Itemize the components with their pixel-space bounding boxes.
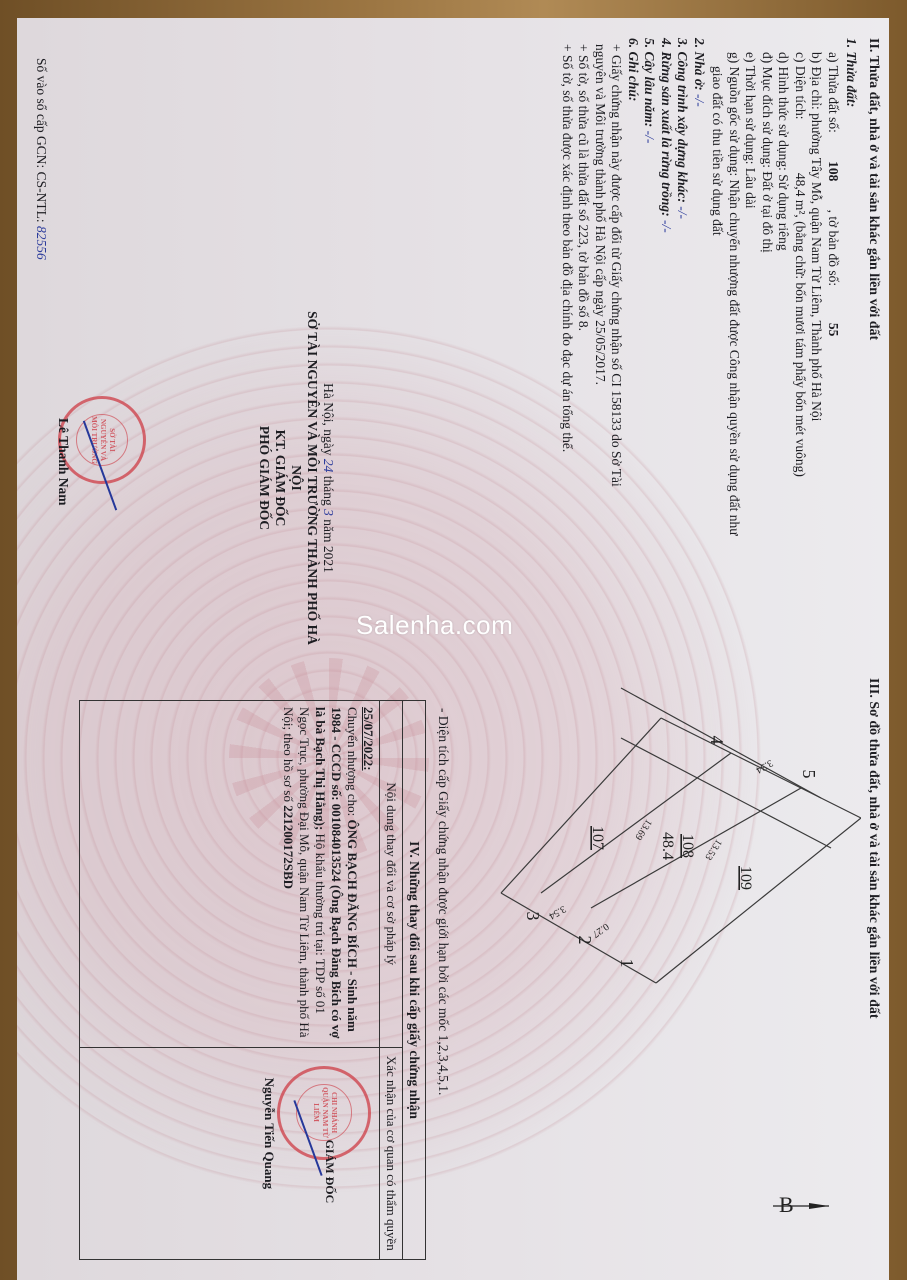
svg-text:48.4: 48.4 [659, 832, 676, 860]
plot-diagram: 123450.273.5413.693.3413.5310910848.4107… [441, 678, 861, 1268]
svg-text:107: 107 [589, 826, 606, 850]
area-value: 48,4 m², (bằng chữ: bốn mươi tám phẩy bố… [793, 123, 808, 477]
production-forest-row: 4. Rừng sản xuất là rừng trồng: -/- [658, 38, 675, 658]
entry-dossier-number: 221200172SBD [281, 805, 296, 889]
map-sheet-number: 55 [825, 290, 842, 370]
note-item: + Số tờ, số thửa cũ là thửa đất số 223, … [575, 38, 592, 658]
on-behalf-of: KT. GIÁM ĐỐC [272, 298, 288, 658]
section-land-and-assets: II. Thửa đất, nhà ở và tài sản khác gắn … [559, 38, 882, 658]
usage-origin-row: g) Nguồn gốc sử dụng: Nhận chuyển nhượng… [726, 38, 743, 658]
section-diagram-and-changes: III. Sơ đồ thửa đất, nhà ở và tài sản kh… [859, 678, 881, 1268]
entry-date: 25/07/2022: [360, 707, 376, 1041]
issuance-date: Hà Nội, ngày 24 tháng 3 năm 2021 [320, 298, 336, 658]
area-label: c) Diện tích: [793, 52, 808, 119]
svg-text:109: 109 [737, 866, 754, 890]
month-label: tháng [321, 476, 336, 506]
svg-text:1: 1 [617, 959, 637, 968]
entry-prefix: Chuyển nhượng cho: [345, 707, 360, 820]
production-forest-label: 4. Rừng sản xuất là rừng trồng: [659, 38, 674, 217]
usage-purpose-row: đ) Mục đích sử dụng: Đất ở tại đô thị [759, 38, 776, 658]
plot-number-label: a) Thửa đất số: [826, 52, 841, 133]
perennial-trees-label: 5. Cây lâu năm: [643, 38, 658, 127]
note-item: + Số tờ, số thửa được xác định theo bản … [559, 38, 576, 658]
svg-text:5: 5 [799, 770, 819, 779]
issuing-authority: SỞ TÀI NGUYÊN VÀ MÔI TRƯỜNG THÀNH PHỐ HÀ… [288, 298, 320, 658]
other-construction-row: 3. Công trình xây dựng khác: -/- [674, 38, 691, 658]
change-content-cell: 25/07/2022: Chuyển nhượng cho: ÔNG BẠCH … [80, 701, 380, 1048]
perennial-trees-row: 5. Cây lâu năm: -/- [641, 38, 658, 658]
registry-number-row: Số vào sổ cấp GCN: CS-NTL: 82556 [33, 58, 49, 260]
map-sheet-label: , tờ bản đồ số: [826, 210, 841, 287]
svg-text:3.34: 3.34 [754, 757, 775, 775]
section-iv-heading: IV. Những thay đổi sau khi cấp giấy chứn… [403, 701, 426, 1260]
svg-text:3: 3 [523, 912, 543, 921]
note-item: nguyên và Môi trường thành phố Hà Nội cấ… [592, 38, 609, 658]
north-arrow-icon: B [771, 1186, 831, 1226]
column-header-content: Nội dung thay đổi và cơ sở pháp lý [380, 701, 403, 1048]
confirmation-signer: Nguyễn Tiến Quang [261, 1078, 277, 1190]
production-forest-value: -/- [659, 220, 674, 233]
usage-form-row: d) Hình thức sử dụng: Sử dụng riêng [775, 38, 792, 658]
usage-origin-row-2: giao đất có thu tiền sử dụng đất [709, 38, 726, 658]
notes-label-text: 6. Ghi chú: [626, 38, 641, 101]
registry-label: Số vào sổ cấp GCN: CS-NTL: [34, 58, 49, 223]
issuance-block: Hà Nội, ngày 24 tháng 3 năm 2021 SỞ TÀI … [256, 298, 336, 658]
salenha-watermark: Salenha.com [356, 610, 513, 641]
date-prefix: Hà Nội, ngày [321, 383, 336, 455]
registry-number: 82556 [34, 226, 49, 260]
house-value: -/- [692, 94, 707, 107]
issuance-day: 24 [321, 459, 336, 473]
section-ii-heading: II. Thửa đất, nhà ở và tài sản khác gắn … [865, 38, 881, 658]
svg-text:3.54: 3.54 [547, 903, 568, 921]
perennial-trees-value: -/- [643, 131, 658, 144]
svg-text:4: 4 [707, 736, 727, 745]
signer-name: Lê Thanh Nam [55, 418, 71, 506]
land-use-certificate-page: II. Thửa đất, nhà ở và tài sản khác gắn … [17, 18, 889, 1280]
note-item: + Giấy chứng nhận này được cấp đổi từ Gi… [608, 38, 625, 658]
confirmation-cell: CHI NHÁNH QUẬN NAM TỪ LIÊM GIÁM ĐỐC Nguy… [80, 1047, 380, 1259]
section-iii-heading: III. Sơ đồ thửa đất, nhà ở và tài sản kh… [865, 678, 881, 1268]
svg-text:13.53: 13.53 [702, 837, 723, 862]
land-plot-title: 1. Thửa đất: [843, 38, 859, 658]
column-header-confirmation: Xác nhận của cơ quan có thẩm quyền [380, 1047, 403, 1259]
svg-text:108: 108 [679, 834, 696, 858]
plot-number: 108 [825, 136, 842, 206]
usage-term-row: e) Thời hạn sử dụng: Lâu dài [742, 38, 759, 658]
house-row: 2. Nhà ở: -/- [691, 38, 708, 658]
svg-text:13.69: 13.69 [632, 817, 653, 842]
other-construction-label: 3. Công trình xây dựng khác: [676, 38, 691, 203]
confirmation-position: GIÁM ĐỐC [322, 1140, 337, 1204]
plot-number-row: a) Thửa đất số: 108 , tờ bản đồ số: 55 [825, 38, 842, 658]
boundary-markers-note: - Diện tích cấp Giấy chứng nhận được giớ… [435, 708, 451, 1095]
table-row: 25/07/2022: Chuyển nhượng cho: ÔNG BẠCH … [80, 701, 380, 1260]
signer-position: PHÓ GIÁM ĐỐC [256, 298, 272, 658]
plot-diagram-svg: 123450.273.5413.693.3413.5310910848.4107 [441, 678, 861, 1268]
issuance-year: năm 2021 [321, 519, 336, 573]
north-arrow: B [766, 1186, 831, 1226]
svg-text:B: B [779, 1192, 794, 1217]
other-construction-value: -/- [676, 206, 691, 219]
house-label: 2. Nhà ở: [692, 38, 707, 91]
notes-label: 6. Ghi chú: [625, 38, 642, 658]
area-row: c) Diện tích: 48,4 m², (bằng chữ: bốn mư… [792, 38, 809, 658]
svg-text:2: 2 [575, 936, 595, 945]
issuance-month: 3 [321, 509, 336, 516]
address-row: b) Địa chỉ: phường Tây Mỗ, quận Nam Từ L… [808, 38, 825, 658]
changes-table: IV. Những thay đổi sau khi cấp giấy chứn… [79, 700, 426, 1260]
